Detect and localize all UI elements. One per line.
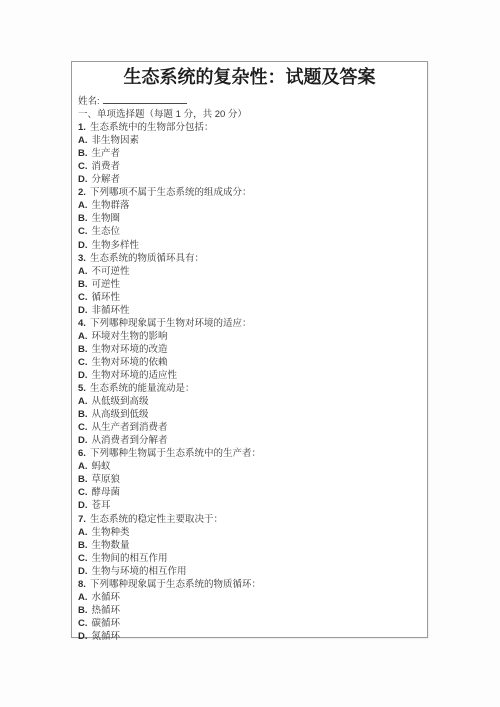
document-preview: 生态系统的复杂性：试题及答案 姓名: 一、单项选择题（每题 1 分，共 20 分…: [0, 0, 500, 707]
option-line: D.生物多样性: [78, 239, 421, 252]
option-text: 生物群落: [92, 200, 130, 211]
option-line: B.生产者: [78, 147, 421, 160]
option-line: B.热循环: [78, 604, 421, 617]
option-letter: B.: [78, 409, 88, 420]
question-number: 3.: [78, 253, 86, 264]
option-line: C.生物对环境的依赖: [78, 356, 421, 369]
option-letter: C.: [78, 161, 88, 172]
option-line: C.循环性: [78, 291, 421, 304]
option-text: 生物对环境的改造: [92, 344, 168, 355]
option-text: 生物圈: [92, 213, 121, 224]
option-text: 生态位: [92, 226, 121, 237]
option-line: B.从高级到低级: [78, 408, 421, 421]
page-title: 生态系统的复杂性：试题及答案: [78, 66, 421, 88]
option-letter: A.: [78, 135, 88, 146]
option-letter: C.: [78, 618, 88, 629]
option-text: 不可逆性: [92, 266, 130, 277]
option-letter: A.: [78, 266, 88, 277]
option-text: 非循环性: [92, 305, 130, 316]
option-text: 从高级到低级: [92, 409, 149, 420]
option-line: B.草原狼: [78, 473, 421, 486]
option-letter: B.: [78, 279, 88, 290]
question-stem: 8.下列哪种现象属于生态系统的物质循环：: [78, 578, 421, 591]
option-line: C.生态位: [78, 225, 421, 238]
option-text: 生物对环境的适应性: [92, 370, 178, 381]
option-letter: B.: [78, 605, 88, 616]
option-text: 生物与环境的相互作用: [92, 566, 187, 577]
option-letter: C.: [78, 357, 88, 368]
option-letter: D.: [78, 305, 88, 316]
option-letter: C.: [78, 487, 88, 498]
option-letter: B.: [78, 474, 88, 485]
option-letter: D.: [78, 174, 88, 185]
option-line: A.从低级到高级: [78, 395, 421, 408]
question-text: 下列哪种现象属于生态系统的物质循环：: [90, 579, 261, 590]
question-text: 下列哪种现象属于生物对环境的适应：: [90, 318, 252, 329]
option-line: D.氮循环: [78, 630, 421, 643]
option-letter: A.: [78, 592, 88, 603]
question-text: 生态系统中的生物部分包括：: [90, 122, 214, 133]
name-line: 姓名:: [78, 95, 421, 108]
question-stem: 5.生态系统的能量流动是：: [78, 382, 421, 395]
question-stem: 1.生态系统中的生物部分包括：: [78, 121, 421, 134]
option-letter: A.: [78, 200, 88, 211]
page-sheet: 生态系统的复杂性：试题及答案 姓名: 一、单项选择题（每题 1 分，共 20 分…: [71, 61, 428, 638]
option-line: D.苍耳: [78, 499, 421, 512]
option-letter: B.: [78, 148, 88, 159]
option-line: B.生物对环境的改造: [78, 343, 421, 356]
option-text: 水循环: [92, 592, 121, 603]
section-header: 一、单项选择题（每题 1 分，共 20 分）: [78, 108, 421, 121]
option-letter: D.: [78, 566, 88, 577]
option-text: 蚂蚁: [92, 461, 111, 472]
option-line: C.碳循环: [78, 617, 421, 630]
question-text: 生态系统的稳定性主要取决于：: [90, 514, 223, 525]
option-letter: D.: [78, 631, 88, 642]
option-text: 循环性: [92, 292, 121, 303]
option-letter: A.: [78, 527, 88, 538]
name-blank-underline: [103, 95, 187, 104]
question-stem: 3.生态系统的物质循环具有：: [78, 252, 421, 265]
option-text: 酵母菌: [92, 487, 121, 498]
option-line: C.生物间的相互作用: [78, 552, 421, 565]
option-line: A.不可逆性: [78, 265, 421, 278]
option-text: 分解者: [92, 174, 121, 185]
option-line: A.蚂蚁: [78, 460, 421, 473]
option-line: D.非循环性: [78, 304, 421, 317]
option-text: 草原狼: [92, 474, 121, 485]
option-line: A.生物群落: [78, 199, 421, 212]
option-line: A.生物种类: [78, 526, 421, 539]
option-text: 生物数量: [92, 540, 130, 551]
name-label: 姓名:: [78, 96, 100, 107]
option-text: 生物间的相互作用: [92, 553, 168, 564]
option-letter: D.: [78, 240, 88, 251]
option-letter: A.: [78, 461, 88, 472]
option-letter: C.: [78, 292, 88, 303]
question-number: 6.: [78, 448, 86, 459]
question-text: 下列哪项不属于生态系统的组成成分：: [90, 187, 252, 198]
question-stem: 2.下列哪项不属于生态系统的组成成分：: [78, 186, 421, 199]
option-line: D.分解者: [78, 173, 421, 186]
option-line: B.生物圈: [78, 212, 421, 225]
question-stem: 4.下列哪种现象属于生物对环境的适应：: [78, 317, 421, 330]
question-text: 生态系统的物质循环具有：: [90, 253, 204, 264]
option-letter: A.: [78, 331, 88, 342]
option-text: 生物种类: [92, 527, 130, 538]
option-text: 环境对生物的影响: [92, 331, 168, 342]
question-stem: 7.生态系统的稳定性主要取决于：: [78, 513, 421, 526]
option-text: 生产者: [92, 148, 121, 159]
option-line: B.可逆性: [78, 278, 421, 291]
option-line: D.生物与环境的相互作用: [78, 565, 421, 578]
option-letter: C.: [78, 422, 88, 433]
question-list: 1.生态系统中的生物部分包括：A.非生物因素B.生产者C.消费者D.分解者2.下…: [78, 121, 421, 643]
option-text: 苍耳: [92, 500, 111, 511]
option-letter: D.: [78, 435, 88, 446]
option-letter: B.: [78, 344, 88, 355]
question-number: 2.: [78, 187, 86, 198]
option-text: 非生物因素: [92, 135, 140, 146]
option-text: 生物多样性: [92, 240, 140, 251]
option-letter: B.: [78, 213, 88, 224]
option-text: 氮循环: [92, 631, 121, 642]
option-text: 热循环: [92, 605, 121, 616]
option-text: 从生产者到消费者: [92, 422, 168, 433]
question-text: 生态系统的能量流动是：: [90, 383, 195, 394]
option-line: C.酵母菌: [78, 486, 421, 499]
option-text: 消费者: [92, 161, 121, 172]
option-text: 可逆性: [92, 279, 121, 290]
option-text: 从消费者到分解者: [92, 435, 168, 446]
option-line: D.生物对环境的适应性: [78, 369, 421, 382]
option-letter: C.: [78, 553, 88, 564]
option-line: C.从生产者到消费者: [78, 421, 421, 434]
option-letter: C.: [78, 226, 88, 237]
option-line: C.消费者: [78, 160, 421, 173]
question-stem: 6.下列哪种生物属于生态系统中的生产者：: [78, 447, 421, 460]
option-text: 从低级到高级: [92, 396, 149, 407]
option-line: A.水循环: [78, 591, 421, 604]
option-line: A.环境对生物的影响: [78, 330, 421, 343]
question-number: 8.: [78, 579, 86, 590]
question-number: 7.: [78, 514, 86, 525]
question-number: 4.: [78, 318, 86, 329]
option-letter: D.: [78, 500, 88, 511]
question-number: 5.: [78, 383, 86, 394]
option-letter: D.: [78, 370, 88, 381]
option-letter: B.: [78, 540, 88, 551]
option-letter: A.: [78, 396, 88, 407]
question-text: 下列哪种生物属于生态系统中的生产者：: [90, 448, 261, 459]
option-line: A.非生物因素: [78, 134, 421, 147]
question-number: 1.: [78, 122, 86, 133]
option-text: 碳循环: [92, 618, 121, 629]
option-text: 生物对环境的依赖: [92, 357, 168, 368]
option-line: D.从消费者到分解者: [78, 434, 421, 447]
option-line: B.生物数量: [78, 539, 421, 552]
